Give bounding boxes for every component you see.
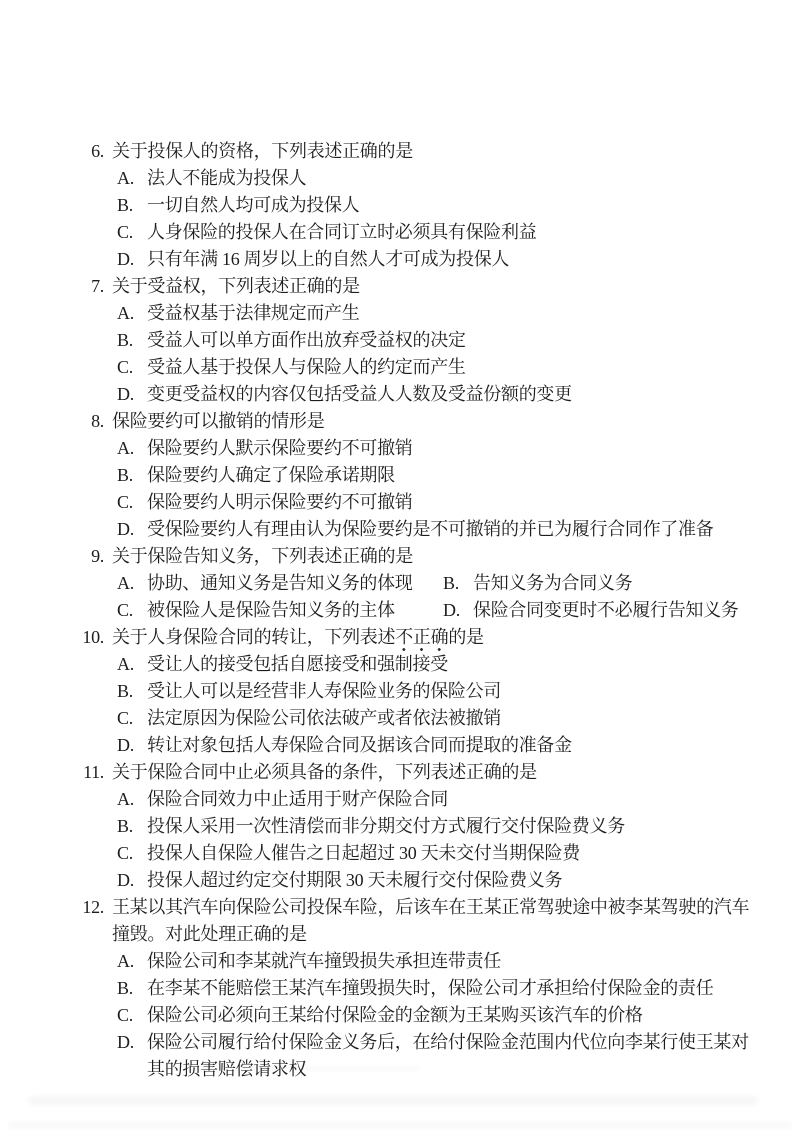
option-a: A. 受益权基于法律规定而产生 [112,300,760,327]
option-letter: A. [117,435,147,462]
option-letter: A. [117,300,147,327]
option-c: C. 人身保险的投保人在合同订立时必须具有保险利益 [112,219,760,246]
option-text: 告知义务为合同义务 [473,570,632,597]
option-letter: B. [117,192,147,219]
option-letter: D. [117,867,147,894]
option-text: 法人不能成为投保人 [147,165,306,192]
option-d: D. 保险公司履行给付保险金义务后，在给付保险金范围内代位向李某行使王某对其的损… [112,1029,760,1083]
option-letter: B. [117,678,147,705]
option-a: A. 保险要约人默示保险要约不可撤销 [112,435,760,462]
question-body: 关于人身保险合同的转让，下列表述不正确的是 A. 受让人的接受包括自愿接受和强制… [112,624,760,759]
question-number: 9. [0,543,104,570]
option-letter: A. [117,570,147,597]
option-b: B. 告知义务为合同义务 [443,570,632,597]
option-letter: B. [117,813,147,840]
question-9: 9. 关于保险告知义务，下列表述正确的是 A. 协助、通知义务是告知义务的体现 … [0,543,800,624]
option-text: 协助、通知义务是告知义务的体现 [147,570,413,597]
option-b: B. 受益人可以单方面作出放弃受益权的决定 [112,327,760,354]
question-title: 王某以其汽车向保险公司投保车险，后该车在王某正常驾驶途中被李某驾驶的汽车撞毁。对… [112,894,760,948]
option-b: B. 保险要约人确定了保险承诺期限 [112,462,760,489]
option-text: 受保险要约人有理由认为保险要约是不可撤销的并已为履行合同作了准备 [147,516,713,543]
option-text: 保险要约人确定了保险承诺期限 [147,462,395,489]
option-text: 保险要约人默示保险要约不可撤销 [147,435,413,462]
option-letter: C. [117,219,147,246]
title-text: 关于人身保险合同的转让，下列表述 [112,627,395,647]
option-letter: B. [117,327,147,354]
option-text: 只有年满 16 周岁以上的自然人才可成为投保人 [147,246,509,273]
option-letter: C. [117,489,147,516]
option-letter: B. [117,462,147,489]
question-title: 保险要约可以撤销的情形是 [112,408,760,435]
option-text: 一切自然人均可成为投保人 [147,192,359,219]
question-body: 王某以其汽车向保险公司投保车险，后该车在王某正常驾驶途中被李某驾驶的汽车撞毁。对… [112,894,760,1083]
question-body: 关于受益权，下列表述正确的是 A. 受益权基于法律规定而产生 B. 受益人可以单… [112,273,760,408]
option-a: A. 保险合同效力中止适用于财产保险合同 [112,786,760,813]
option-d: D. 保险合同变更时不必履行告知义务 [443,597,739,624]
scanned-exam-page: { "colors": { "ink": "#1d1d1d", "paper":… [0,0,800,1136]
question-7: 7. 关于受益权，下列表述正确的是 A. 受益权基于法律规定而产生 B. 受益人… [0,273,800,408]
question-12: 12. 王某以其汽车向保险公司投保车险，后该车在王某正常驾驶途中被李某驾驶的汽车… [0,894,800,1083]
question-number: 8. [0,408,104,435]
option-c: C. 被保险人是保险告知义务的主体 [117,597,443,624]
option-letter: C. [117,597,147,624]
question-list: 6. 关于投保人的资格，下列表述正确的是 A. 法人不能成为投保人 B. 一切自… [0,138,800,1083]
option-d: D. 受保险要约人有理由认为保险要约是不可撤销的并已为履行合同作了准备 [112,516,760,543]
option-c: C. 投保人自保险人催告之日起超过 30 天未交付当期保险费 [112,840,760,867]
option-text: 投保人自保险人催告之日起超过 30 天未交付当期保险费 [147,840,580,867]
option-b: B. 一切自然人均可成为投保人 [112,192,760,219]
option-letter: C. [117,705,147,732]
option-text: 被保险人是保险告知义务的主体 [147,597,395,624]
option-text: 人身保险的投保人在合同订立时必须具有保险利益 [147,219,536,246]
title-text: 的是 [448,627,483,647]
option-c: C. 保险公司必须向王某给付保险金的金额为王某购买该汽车的价格 [112,1002,760,1029]
option-text: 保险合同效力中止适用于财产保险合同 [147,786,448,813]
option-text: 法定原因为保险公司依法破产或者依法被撤销 [147,705,501,732]
option-text: 保险公司和李某就汽车撞毁损失承担连带责任 [147,948,501,975]
option-text: 受让人的接受包括自愿接受和强制接受 [147,651,448,678]
title-emphasized-text: 不正确 [395,627,448,652]
option-d: D. 投保人超过约定交付期限 30 天未履行交付保险费义务 [112,867,760,894]
option-b: B. 投保人采用一次性清偿而非分期交付方式履行交付保险费义务 [112,813,760,840]
option-letter: D. [117,1029,147,1083]
option-letter: D. [117,732,147,759]
question-body: 关于投保人的资格，下列表述正确的是 A. 法人不能成为投保人 B. 一切自然人均… [112,138,760,273]
option-text: 保险公司履行给付保险金义务后，在给付保险金范围内代位向李某行使王某对其的损害赔偿… [147,1029,757,1083]
option-a: A. 保险公司和李某就汽车撞毁损失承担连带责任 [112,948,760,975]
option-b: B. 在李某不能赔偿王某汽车撞毁损失时，保险公司才承担给付保险金的责任 [112,975,760,1002]
question-number: 10. [0,624,104,651]
question-body: 关于保险告知义务，下列表述正确的是 A. 协助、通知义务是告知义务的体现 B. … [112,543,760,624]
option-letter: D. [117,516,147,543]
option-text: 投保人超过约定交付期限 30 天未履行交付保险费义务 [147,867,562,894]
option-letter: A. [117,651,147,678]
option-a: A. 法人不能成为投保人 [112,165,760,192]
question-10: 10. 关于人身保险合同的转让，下列表述不正确的是 A. 受让人的接受包括自愿接… [0,624,800,759]
option-letter: D. [117,381,147,408]
option-letter: B. [117,975,147,1002]
option-text: 受益人基于投保人与保险人的约定而产生 [147,354,466,381]
option-text: 在李某不能赔偿王某汽车撞毁损失时，保险公司才承担给付保险金的责任 [147,975,713,1002]
question-8: 8. 保险要约可以撤销的情形是 A. 保险要约人默示保险要约不可撤销 B. 保险… [0,408,800,543]
question-title: 关于投保人的资格，下列表述正确的是 [112,138,760,165]
scan-noise-streak [8,1122,792,1128]
option-letter: C. [117,840,147,867]
option-text: 受让人可以是经营非人寿保险业务的保险公司 [147,678,501,705]
question-title: 关于人身保险合同的转让，下列表述不正确的是 [112,624,760,651]
option-text: 保险合同变更时不必履行告知义务 [473,597,739,624]
option-letter: D. [117,246,147,273]
option-letter: B. [443,570,473,597]
option-letter: A. [117,948,147,975]
option-c: C. 保险要约人明示保险要约不可撤销 [112,489,760,516]
option-letter: C. [117,1002,147,1029]
option-text: 保险公司必须向王某给付保险金的金额为王某购买该汽车的价格 [147,1002,643,1029]
option-text: 受益人可以单方面作出放弃受益权的决定 [147,327,466,354]
question-body: 保险要约可以撤销的情形是 A. 保险要约人默示保险要约不可撤销 B. 保险要约人… [112,408,760,543]
option-row-cd: C. 被保险人是保险告知义务的主体 D. 保险合同变更时不必履行告知义务 [112,597,760,624]
question-number: 11. [0,759,104,786]
option-d: D. 只有年满 16 周岁以上的自然人才可成为投保人 [112,246,760,273]
question-number: 12. [0,894,104,921]
option-row-ab: A. 协助、通知义务是告知义务的体现 B. 告知义务为合同义务 [112,570,760,597]
question-number: 6. [0,138,104,165]
question-number: 7. [0,273,104,300]
option-text: 转让对象包括人寿保险合同及据该合同而提取的准备金 [147,732,572,759]
option-letter: C. [117,354,147,381]
question-body: 关于保险合同中止必须具备的条件，下列表述正确的是 A. 保险合同效力中止适用于财… [112,759,760,894]
option-letter: A. [117,165,147,192]
question-title: 关于保险合同中止必须具备的条件，下列表述正确的是 [112,759,760,786]
option-text: 投保人采用一次性清偿而非分期交付方式履行交付保险费义务 [147,813,625,840]
question-11: 11. 关于保险合同中止必须具备的条件，下列表述正确的是 A. 保险合同效力中止… [0,759,800,894]
question-6: 6. 关于投保人的资格，下列表述正确的是 A. 法人不能成为投保人 B. 一切自… [0,138,800,273]
option-text: 保险要约人明示保险要约不可撤销 [147,489,413,516]
option-letter: A. [117,786,147,813]
option-d: D. 转让对象包括人寿保险合同及据该合同而提取的准备金 [112,732,760,759]
option-a: A. 协助、通知义务是告知义务的体现 [117,570,443,597]
option-c: C. 法定原因为保险公司依法破产或者依法被撤销 [112,705,760,732]
option-d: D. 变更受益权的内容仅包括受益人人数及受益份额的变更 [112,381,760,408]
option-c: C. 受益人基于投保人与保险人的约定而产生 [112,354,760,381]
option-text: 变更受益权的内容仅包括受益人人数及受益份额的变更 [147,381,572,408]
question-title: 关于保险告知义务，下列表述正确的是 [112,543,760,570]
option-letter: D. [443,597,473,624]
question-title: 关于受益权，下列表述正确的是 [112,273,760,300]
option-b: B. 受让人可以是经营非人寿保险业务的保险公司 [112,678,760,705]
scan-noise-streak [28,1096,758,1105]
option-text: 受益权基于法律规定而产生 [147,300,359,327]
option-a: A. 受让人的接受包括自愿接受和强制接受 [112,651,760,678]
